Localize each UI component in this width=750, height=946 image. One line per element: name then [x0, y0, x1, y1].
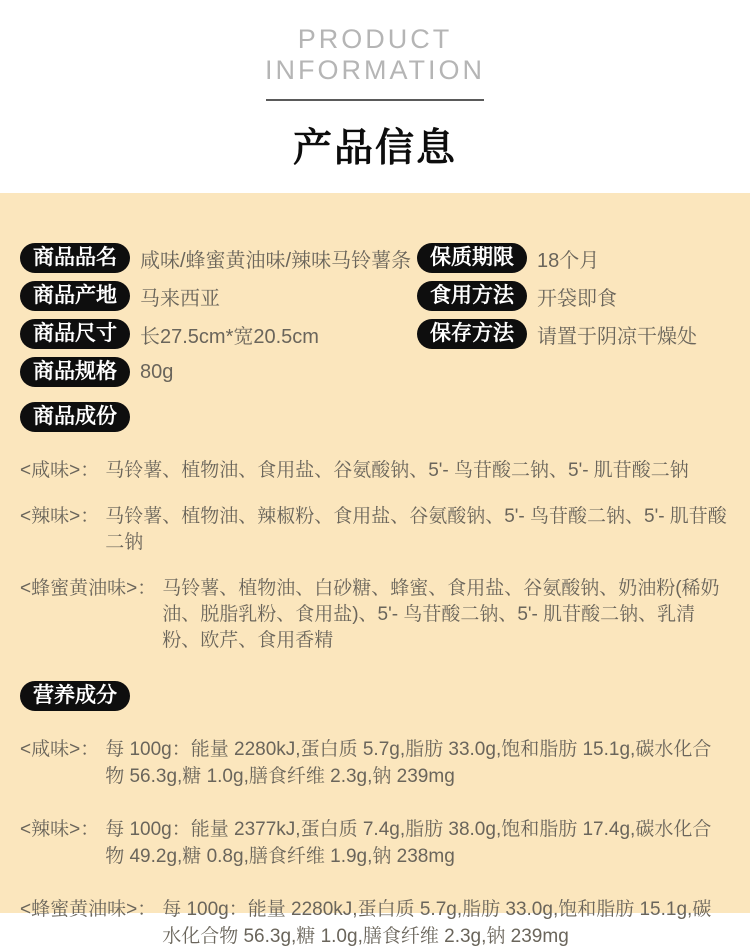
- nutrition-list: <咸味>： 每 100g：能量 2280kJ,蛋白质 5.7g,脂肪 33.0g…: [20, 736, 730, 946]
- flavor-label: <咸味>：: [20, 458, 99, 484]
- eyebrow-line-1: PRODUCT: [0, 24, 750, 55]
- label-badge: 商品产地: [20, 281, 130, 311]
- label-badge: 食用方法: [417, 281, 527, 311]
- info-value: 请置于阴凉干燥处: [537, 320, 697, 349]
- product-information-page: PRODUCT INFORMATION 产品信息 商品品名 咸味/蜂蜜黄油味/辣…: [0, 0, 750, 946]
- info-grid: 商品品名 咸味/蜂蜜黄油味/辣味马铃薯条 商品产地 马来西亚 商品尺寸 长27.…: [20, 243, 730, 395]
- info-value: 长27.5cm*宽20.5cm: [140, 320, 319, 349]
- ingredients-section-badge: 商品成份: [20, 402, 130, 432]
- flavor-label: <辣味>：: [20, 816, 99, 870]
- info-value: 开袋即食: [537, 282, 617, 311]
- page-header: PRODUCT INFORMATION 产品信息: [0, 0, 750, 193]
- flavor-text: 每 100g：能量 2377kJ,蛋白质 7.4g,脂肪 38.0g,饱和脂肪 …: [105, 816, 730, 870]
- info-row-spec: 商品规格 80g: [20, 357, 417, 387]
- info-row-shelf-life: 保质期限 18个月: [417, 243, 730, 273]
- label-badge: 保质期限: [417, 243, 527, 273]
- info-value: 18个月: [537, 244, 599, 273]
- info-row-product-name: 商品品名 咸味/蜂蜜黄油味/辣味马铃薯条: [20, 243, 417, 273]
- flavor-label: <辣味>：: [20, 504, 99, 556]
- flavor-label: <蜂蜜黄油味>：: [20, 576, 156, 654]
- info-value: 咸味/蜂蜜黄油味/辣味马铃薯条: [140, 244, 411, 273]
- label-badge: 商品品名: [20, 243, 130, 273]
- flavor-label: <蜂蜜黄油味>：: [20, 896, 156, 946]
- flavor-label: <咸味>：: [20, 736, 99, 790]
- ingredients-row-salty: <咸味>： 马铃薯、植物油、食用盐、谷氨酸钠、5'- 鸟苷酸二钠、5'- 肌苷酸…: [20, 458, 730, 484]
- nutrition-section-badge: 营养成分: [20, 681, 130, 711]
- ingredients-list: <咸味>： 马铃薯、植物油、食用盐、谷氨酸钠、5'- 鸟苷酸二钠、5'- 肌苷酸…: [20, 458, 730, 654]
- flavor-text: 马铃薯、植物油、食用盐、谷氨酸钠、5'- 鸟苷酸二钠、5'- 肌苷酸二钠: [105, 458, 730, 484]
- nutrition-row-salty: <咸味>： 每 100g：能量 2280kJ,蛋白质 5.7g,脂肪 33.0g…: [20, 736, 730, 790]
- info-row-storage: 保存方法 请置于阴凉干燥处: [417, 319, 730, 349]
- info-row-eating-method: 食用方法 开袋即食: [417, 281, 730, 311]
- flavor-text: 马铃薯、植物油、辣椒粉、食用盐、谷氨酸钠、5'- 鸟苷酸二钠、5'- 肌苷酸二钠: [105, 504, 730, 556]
- info-value: 马来西亚: [140, 282, 220, 311]
- label-badge: 保存方法: [417, 319, 527, 349]
- header-divider: [266, 99, 484, 101]
- info-row-origin: 商品产地 马来西亚: [20, 281, 417, 311]
- flavor-text: 每 100g：能量 2280kJ,蛋白质 5.7g,脂肪 33.0g,饱和脂肪 …: [105, 736, 730, 790]
- page-title: 产品信息: [0, 117, 750, 173]
- label-badge: 商品尺寸: [20, 319, 130, 349]
- ingredients-row-spicy: <辣味>： 马铃薯、植物油、辣椒粉、食用盐、谷氨酸钠、5'- 鸟苷酸二钠、5'-…: [20, 504, 730, 556]
- info-row-size: 商品尺寸 长27.5cm*宽20.5cm: [20, 319, 417, 349]
- eyebrow-line-2: INFORMATION: [0, 55, 750, 86]
- nutrition-row-spicy: <辣味>： 每 100g：能量 2377kJ,蛋白质 7.4g,脂肪 38.0g…: [20, 816, 730, 870]
- nutrition-row-honey-butter: <蜂蜜黄油味>： 每 100g：能量 2280kJ,蛋白质 5.7g,脂肪 33…: [20, 896, 730, 946]
- ingredients-row-honey-butter: <蜂蜜黄油味>： 马铃薯、植物油、白砂糖、蜂蜜、食用盐、谷氨酸钠、奶油粉(稀奶油…: [20, 576, 730, 654]
- flavor-text: 每 100g：能量 2280kJ,蛋白质 5.7g,脂肪 33.0g,饱和脂肪 …: [162, 896, 730, 946]
- info-panel: 商品品名 咸味/蜂蜜黄油味/辣味马铃薯条 商品产地 马来西亚 商品尺寸 长27.…: [0, 193, 750, 913]
- info-column-right: 保质期限 18个月 食用方法 开袋即食 保存方法 请置于阴凉干燥处: [417, 243, 730, 395]
- label-badge: 商品规格: [20, 357, 130, 387]
- info-value: 80g: [140, 361, 173, 384]
- flavor-text: 马铃薯、植物油、白砂糖、蜂蜜、食用盐、谷氨酸钠、奶油粉(稀奶油、脱脂乳粉、食用盐…: [162, 576, 730, 654]
- info-column-left: 商品品名 咸味/蜂蜜黄油味/辣味马铃薯条 商品产地 马来西亚 商品尺寸 长27.…: [20, 243, 417, 395]
